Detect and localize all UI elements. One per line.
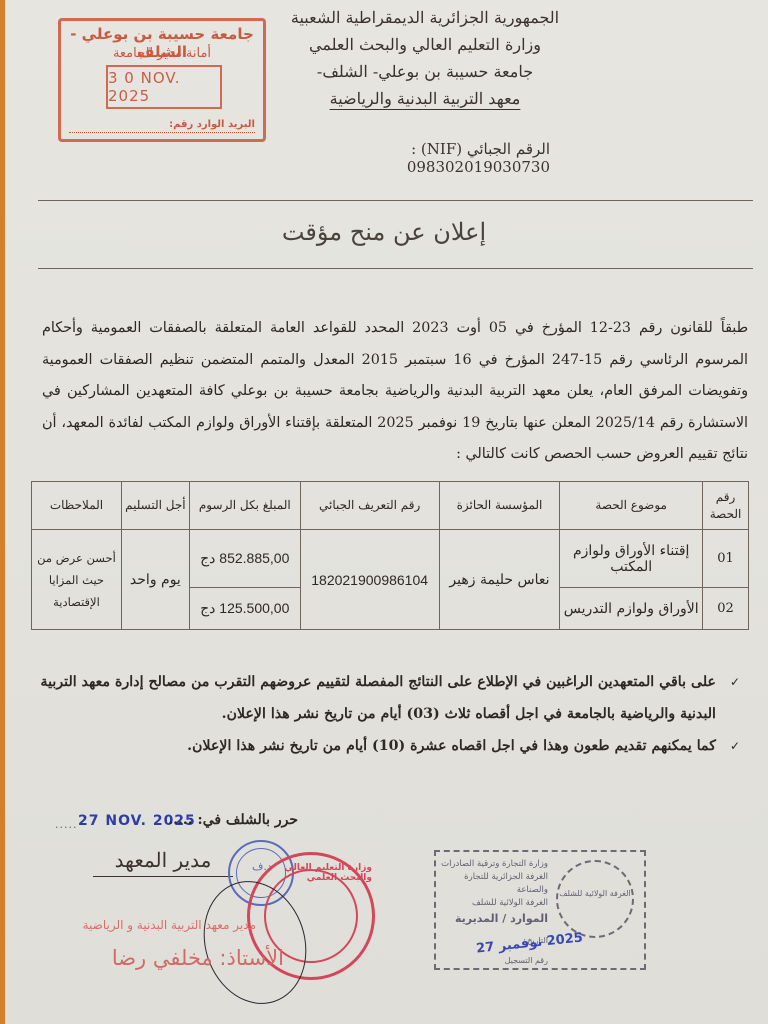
cell-lot-subject: الأوراق ولوازم التدريس [560, 588, 703, 630]
cell-lot-no: 01 [703, 530, 749, 588]
commerce-line: الغرفة الجزائرية للتجارة والصناعة [438, 871, 548, 897]
cell-amount: 125.500,00 دج [189, 588, 300, 630]
divider-top [38, 200, 753, 201]
col-tax-id: رقم التعريف الجبائي [300, 482, 439, 530]
cell-delivery: يوم واحد [121, 530, 189, 630]
cell-lot-subject: إقتناء الأوراق ولوازم المكتب [560, 530, 703, 588]
table-row: 01 إقتناء الأوراق ولوازم المكتب نعاس حلي… [32, 530, 749, 588]
commerce-dept: الموارد / المديرية [455, 912, 548, 925]
announcement-title: إعلان عن منح مؤقت [0, 218, 768, 246]
cell-tax-id: 182021900986104 [300, 530, 439, 630]
stamp-date: 3 0 NOV. 2025 [106, 65, 222, 109]
awards-table: رقم الحصة موضوع الحصة المؤسسة الحائزة رق… [31, 481, 749, 630]
col-notes: الملاحظات [32, 482, 122, 530]
commerce-line: الغرفة الولائية للشلف [438, 897, 548, 910]
commerce-line: وزارة التجارة وترقية الصادرات [438, 858, 548, 871]
commerce-stamp-lines: وزارة التجارة وترقية الصادرات الغرفة الج… [438, 858, 548, 910]
red-seal-text: وزارة التعليم العالي والبحث العلمي [268, 863, 372, 883]
received-mail-stamp: جامعة حسيبة بن بوعلي - الشلف أمانة مدير … [58, 18, 266, 142]
director-label: مدير المعهد [93, 848, 233, 877]
commerce-circle-seal: الغرفة الولائية للشلف [556, 860, 634, 938]
list-item: ✓ كما يمكنهم تقديم طعون وهذا في اجل اقصا… [40, 730, 740, 762]
notice-text: على باقي المتعهدين الراغبين في الإطلاع ع… [41, 674, 717, 722]
cell-awarded-company: نعاس حليمة زهير [439, 530, 560, 630]
commerce-number-label: رقم التسجيل [505, 956, 548, 965]
stamp-mail-number: البريد الوارد رقم: [69, 119, 255, 133]
col-amount: المبلغ بكل الرسوم [189, 482, 300, 530]
cell-lot-no: 02 [703, 588, 749, 630]
chamber-of-commerce-stamp: وزارة التجارة وترقية الصادرات الغرفة الج… [434, 850, 646, 970]
letterhead: الجمهورية الجزائرية الديمقراطية الشعبية … [280, 4, 570, 112]
notice-list: ✓ على باقي المتعهدين الراغبين في الإطلاع… [40, 666, 740, 762]
signed-at-label: حرر بالشلف في: ..... [58, 812, 298, 828]
col-delivery: أجل التسليم [121, 482, 189, 530]
col-lot-no: رقم الحصة [703, 482, 749, 530]
tax-id-nif: الرقم الجبائي (NIF) : 098302019030730 [280, 140, 550, 176]
cell-amount: 852.885,00 دج [189, 530, 300, 588]
stamp-secretariat: أمانة مدير الجامعة [61, 46, 263, 61]
notice-text: كما يمكنهم تقديم طعون وهذا في اجل اقصاه … [187, 738, 716, 754]
divider-bottom [38, 268, 753, 269]
cell-notes: أحسن عرض من حيث المزايا الإقتصادية [32, 530, 122, 630]
list-item: ✓ على باقي المتعهدين الراغبين في الإطلاع… [40, 666, 740, 730]
republic-name: الجمهورية الجزائرية الديمقراطية الشعبية [280, 4, 570, 31]
col-awarded-company: المؤسسة الحائزة [439, 482, 560, 530]
institute-name: معهد التربية البدنية والرياضية [280, 85, 570, 112]
table-header-row: رقم الحصة موضوع الحصة المؤسسة الحائزة رق… [32, 482, 749, 530]
ministry-name: وزارة التعليم العالي والبحث العلمي [280, 31, 570, 58]
checkmark-icon: ✓ [730, 730, 740, 762]
col-lot-subject: موضوع الحصة [560, 482, 703, 530]
university-name: جامعة حسيبة بن بوعلي- الشلف- [280, 58, 570, 85]
checkmark-icon: ✓ [730, 666, 740, 698]
commerce-date-stamp: 2025 نوفمبر 27 [476, 930, 584, 956]
director-name: الأستاذ: مخلفي رضا [44, 946, 284, 970]
announcement-body: طبقاً للقانون رقم 23-12 المؤرخ في 05 أوت… [42, 313, 748, 471]
director-title: مدير معهد التربية البدنية و الرياضية [46, 918, 256, 932]
